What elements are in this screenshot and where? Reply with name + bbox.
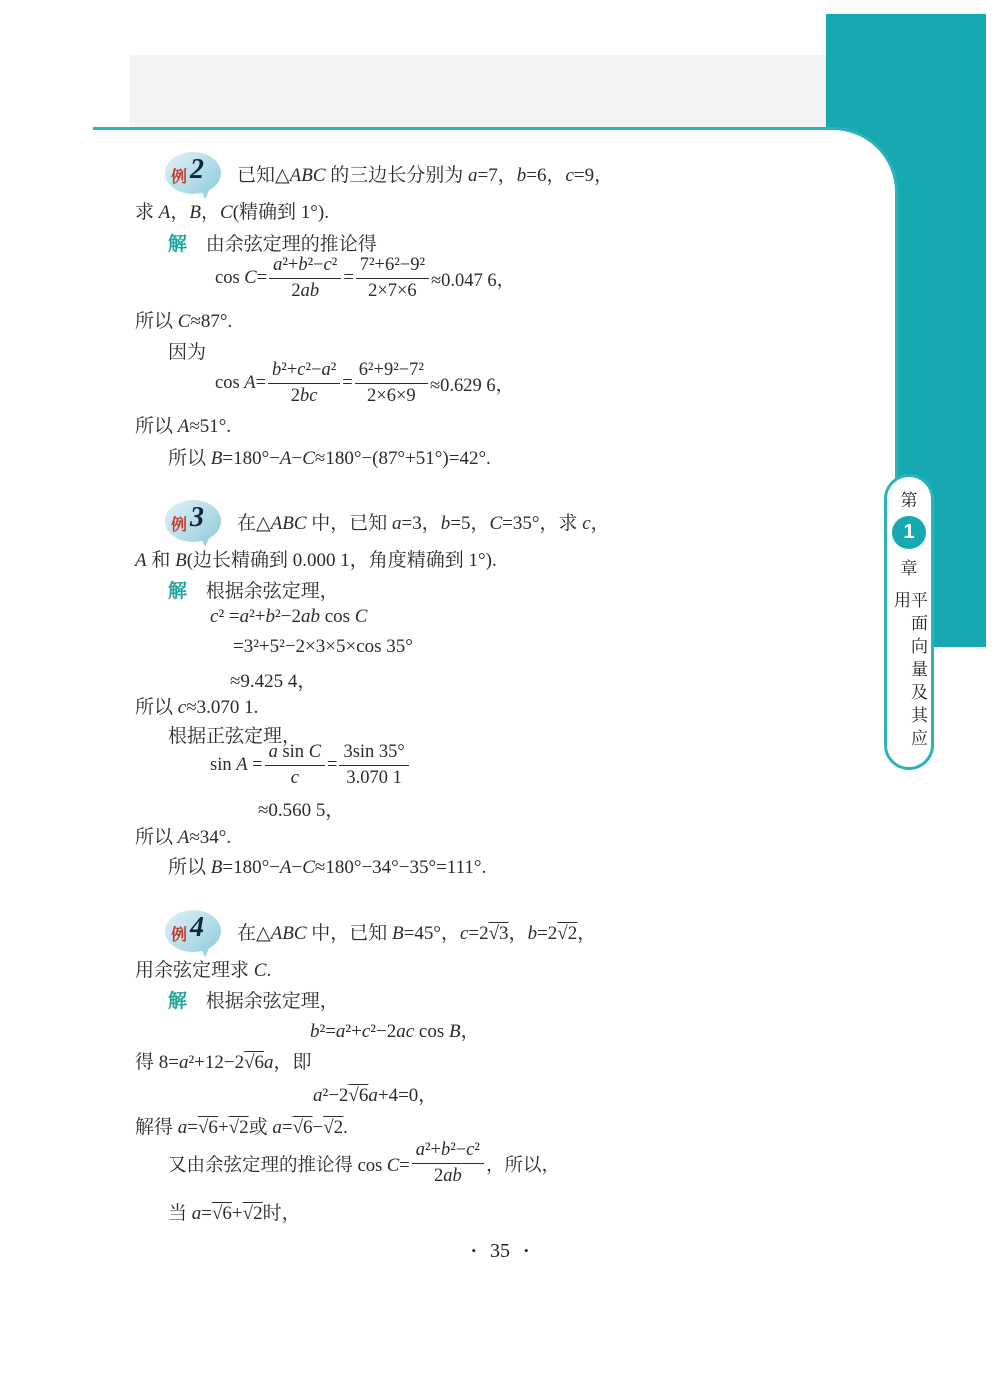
example-badge-label: 例 <box>171 922 187 945</box>
ex2-formula-cosC: cos C= a²+b²−c² 2ab = 7²+6²−9² 2×7×6 ≈0.… <box>215 255 515 302</box>
example2-badge: 例 2 <box>163 150 225 198</box>
example4-badge: 例 4 <box>163 908 225 956</box>
example-badge-label: 例 <box>171 164 187 187</box>
ex3-step2: =3²+5²−2×3×5×cos 35° <box>233 636 413 658</box>
ex4-line2: 用余弦定理求 C. <box>135 955 271 982</box>
example-badge-number: 4 <box>190 912 204 944</box>
ex3-result3: 所以 B=180°−A−C≈180°−34°−35°=111°. <box>168 852 486 879</box>
ex3-step4: ≈0.560 5， <box>258 795 344 822</box>
ex4-solve-row: 解 根据余弦定理， <box>168 986 339 1013</box>
ex2-solve-row: 解 由余弦定理的推论得 <box>168 229 377 256</box>
ex4-step3: a²−2√6a+4=0， <box>313 1080 437 1107</box>
page-number-bullet: • <box>457 1243 490 1258</box>
formula-rhs: ≈0.047 6， <box>431 266 515 292</box>
formula-lhs: cos A= <box>215 373 266 394</box>
formula-post: ，所以， <box>486 1151 560 1177</box>
solve-label: 解 <box>168 581 187 602</box>
ex2-result3: 所以 B=180°−A−C≈180°−(87°+51°)=42°. <box>168 443 491 470</box>
chapter-prefix: 第 <box>901 486 918 511</box>
ex2-result1: 所以 C≈87°. <box>135 306 232 333</box>
example-badge-number: 3 <box>190 502 204 534</box>
chapter-suffix: 章 <box>901 554 918 579</box>
formula-fraction: b²+c²−a² 2bc <box>268 360 340 407</box>
ex2-solve-intro: 由余弦定理的推论得 <box>192 234 377 255</box>
formula-lhs: sin A = <box>210 755 263 776</box>
chapter-tab: 第 1 章 平面向量及其应用 <box>884 474 934 770</box>
ex2-formula-cosA: cos A= b²+c²−a² 2bc = 6²+9²−7² 2×6×9 ≈0.… <box>215 360 514 407</box>
formula-fraction: 7²+6²−9² 2×7×6 <box>356 255 429 302</box>
chapter-number-badge: 1 <box>892 516 926 549</box>
formula-rhs: ≈0.629 6， <box>430 371 514 397</box>
ex2-headline: 已知△ABC 的三边长分别为 a=7，b=6，c=9， <box>237 160 613 187</box>
ex4-step4: 解得 a=√6+√2或 a=√6−√2. <box>135 1112 348 1139</box>
ex4-headline: 在△ABC 中，已知 B=45°，c=2√3，b=2√2， <box>237 918 596 945</box>
formula-fraction: a sin C c <box>265 742 325 789</box>
ex3-result1: 所以 c≈3.070 1. <box>135 692 258 719</box>
ex4-formula-cosC: 又由余弦定理的推论得 cos C= a²+b²−c² 2ab ，所以， <box>168 1140 560 1187</box>
page-number-value: 35 <box>490 1240 510 1262</box>
formula-fraction: a²+b²−c² 2ab <box>269 255 341 302</box>
ex4-step1: b²=a²+c²−2ac cos B， <box>310 1016 480 1043</box>
ex3-solve-intro: 根据余弦定理， <box>192 581 339 602</box>
header-band <box>130 55 830 127</box>
ex4-step5: 当 a=√6+√2时， <box>168 1198 301 1225</box>
ex3-headline: 在△ABC 中，已知 a=3，b=5，C=35°，求 c， <box>237 508 610 535</box>
formula-pre: 又由余弦定理的推论得 cos C= <box>168 1151 410 1177</box>
page-number-bullet: • <box>510 1243 543 1258</box>
solve-label: 解 <box>168 234 187 255</box>
formula-lhs: cos C= <box>215 268 267 289</box>
ex3-step1: c² =a²+b²−2ab cos C <box>210 606 367 628</box>
formula-fraction: a²+b²−c² 2ab <box>412 1140 484 1187</box>
formula-fraction: 6²+9²−7² 2×6×9 <box>355 360 428 407</box>
ex3-result2: 所以 A≈34°. <box>135 822 231 849</box>
chapter-title: 平面向量及其应用 <box>892 591 926 767</box>
ex3-solve-row: 解 根据余弦定理， <box>168 576 339 603</box>
example-badge-label: 例 <box>171 512 187 535</box>
ex2-line2: 求 A，B，C(精确到 1°). <box>135 197 329 224</box>
example-badge-number: 2 <box>190 154 204 186</box>
ex3-step3: ≈9.425 4， <box>230 666 316 693</box>
ex4-step2: 得 8=a²+12−2√6a，即 <box>135 1047 312 1074</box>
formula-fraction: 3sin 35° 3.070 1 <box>339 742 408 789</box>
solve-label: 解 <box>168 991 187 1012</box>
example3-badge: 例 3 <box>163 498 225 546</box>
ex4-solve-intro: 根据余弦定理， <box>192 991 339 1012</box>
ex2-because: 因为 <box>168 337 206 364</box>
ex2-result2: 所以 A≈51°. <box>135 411 231 438</box>
ex3-line2: A 和 B(边长精确到 0.000 1，角度精确到 1°). <box>135 545 497 572</box>
page-number: •35• <box>0 1240 1000 1263</box>
ex3-formula-sinA: sin A = a sin C c = 3sin 35° 3.070 1 <box>210 742 411 789</box>
